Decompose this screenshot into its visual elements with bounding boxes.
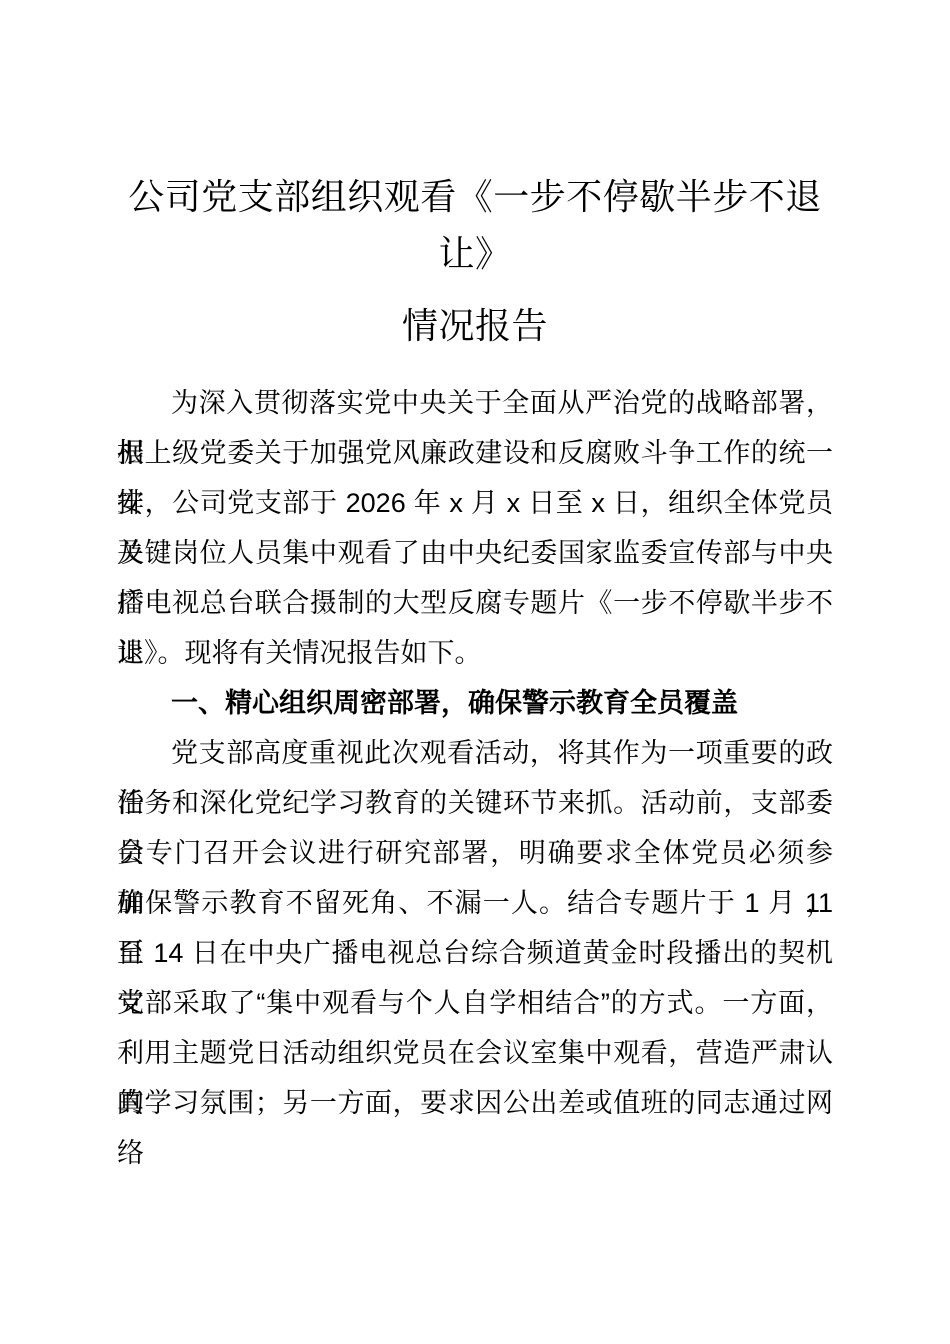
paragraph-2-line-8: 的学习氛围；另一方面，要求因公出差或值班的同志通过网络: [117, 1078, 833, 1128]
document-subtitle: 情况报告: [117, 306, 833, 346]
paragraph-2-line-2: 任务和深化党纪学习教育的关键环节来抓。活动前，支部委员: [117, 778, 833, 828]
paragraph-1-line-6: 让》。现将有关情况报告如下。: [117, 628, 833, 678]
document-content: 公司党支部组织观看《一步不停歇半步不退 让》 情况报告 为深入贯彻落实党中央关于…: [117, 0, 833, 1128]
section-heading-1: 一、精心组织周密部署，确保警示教育全员覆盖: [117, 678, 833, 728]
document-title: 公司党支部组织观看《一步不停歇半步不退 让》: [117, 168, 833, 282]
paragraph-2-line-3: 会专门召开会议进行研究部署，明确要求全体党员必须参加，: [117, 828, 833, 878]
paragraph-1-line-4: 关键岗位人员集中观看了由中央纪委国家监委宣传部与中央广: [117, 528, 833, 578]
paragraph-2-line-1: 党支部高度重视此次观看活动，将其作为一项重要的政治: [117, 728, 833, 778]
paragraph-2-line-7: 利用主题党日活动组织党员在会议室集中观看，营造严肃认真: [117, 1028, 833, 1078]
document-body: 为深入贯彻落实党中央关于全面从严治党的战略部署，根 据上级党委关于加强党风廉政建…: [117, 378, 833, 1128]
paragraph-1-line-3: 排，公司党支部于 2026 年 x 月 x 日至 x 日，组织全体党员及: [117, 478, 833, 528]
paragraph-2-line-6: 支部采取了“集中观看与个人自学相结合”的方式。一方面，: [117, 978, 833, 1028]
paragraph-1-line-2: 据上级党委关于加强党风廉政建设和反腐败斗争工作的统一安: [117, 428, 833, 478]
document-title-line-1: 公司党支部组织观看《一步不停歇半步不退: [117, 168, 833, 225]
document-page: 公司党支部组织观看《一步不停歇半步不退 让》 情况报告 为深入贯彻落实党中央关于…: [0, 0, 950, 1344]
paragraph-2-line-4: 确保警示教育不留死角、不漏一人。结合专题片于 1 月 11 日: [117, 878, 833, 928]
document-title-line-2: 让》: [117, 225, 833, 282]
paragraph-1-line-5: 播电视总台联合摄制的大型反腐专题片《一步不停歇半步不退: [117, 578, 833, 628]
paragraph-1-line-1: 为深入贯彻落实党中央关于全面从严治党的战略部署，根: [117, 378, 833, 428]
paragraph-2-line-5: 至 14 日在中央广播电视总台综合频道黄金时段播出的契机党: [117, 928, 833, 978]
